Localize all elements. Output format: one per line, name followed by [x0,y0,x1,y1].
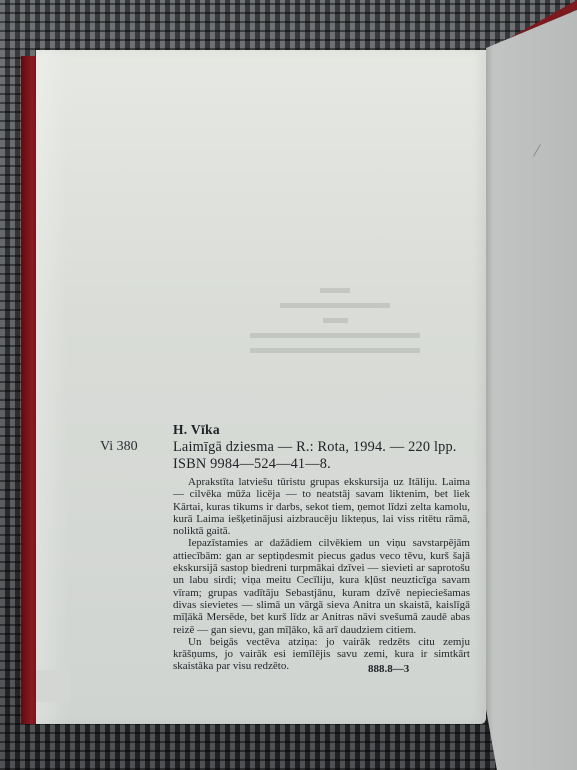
udc-code: 888.8—3 [368,663,409,675]
annotation: Aprakstīta latviešu tūristu grupas eksku… [173,476,470,673]
facing-page [486,10,577,770]
title-imprint: Laimīgā dziesma — R.: Rota, 1994. — 220 … [173,439,470,456]
page-edge [36,670,70,702]
show-through-text [245,288,425,363]
author-name: H. Vīka [173,422,220,438]
annotation-paragraph: Aprakstīta latviešu tūristu grupas eksku… [173,476,470,537]
classification-code: Vi 380 [100,439,138,455]
annotation-paragraph: Iepazīstamies ar dažādiem cilvēkiem un v… [173,537,470,635]
annotation-paragraph: Un beigās vectēva atziņa: jo vairāk redz… [173,636,470,673]
isbn: ISBN 9984—524—41—8. [173,456,331,473]
photo-scene: H. Vīka Vi 380 Laimīgā dziesma — R.: Rot… [0,0,577,770]
